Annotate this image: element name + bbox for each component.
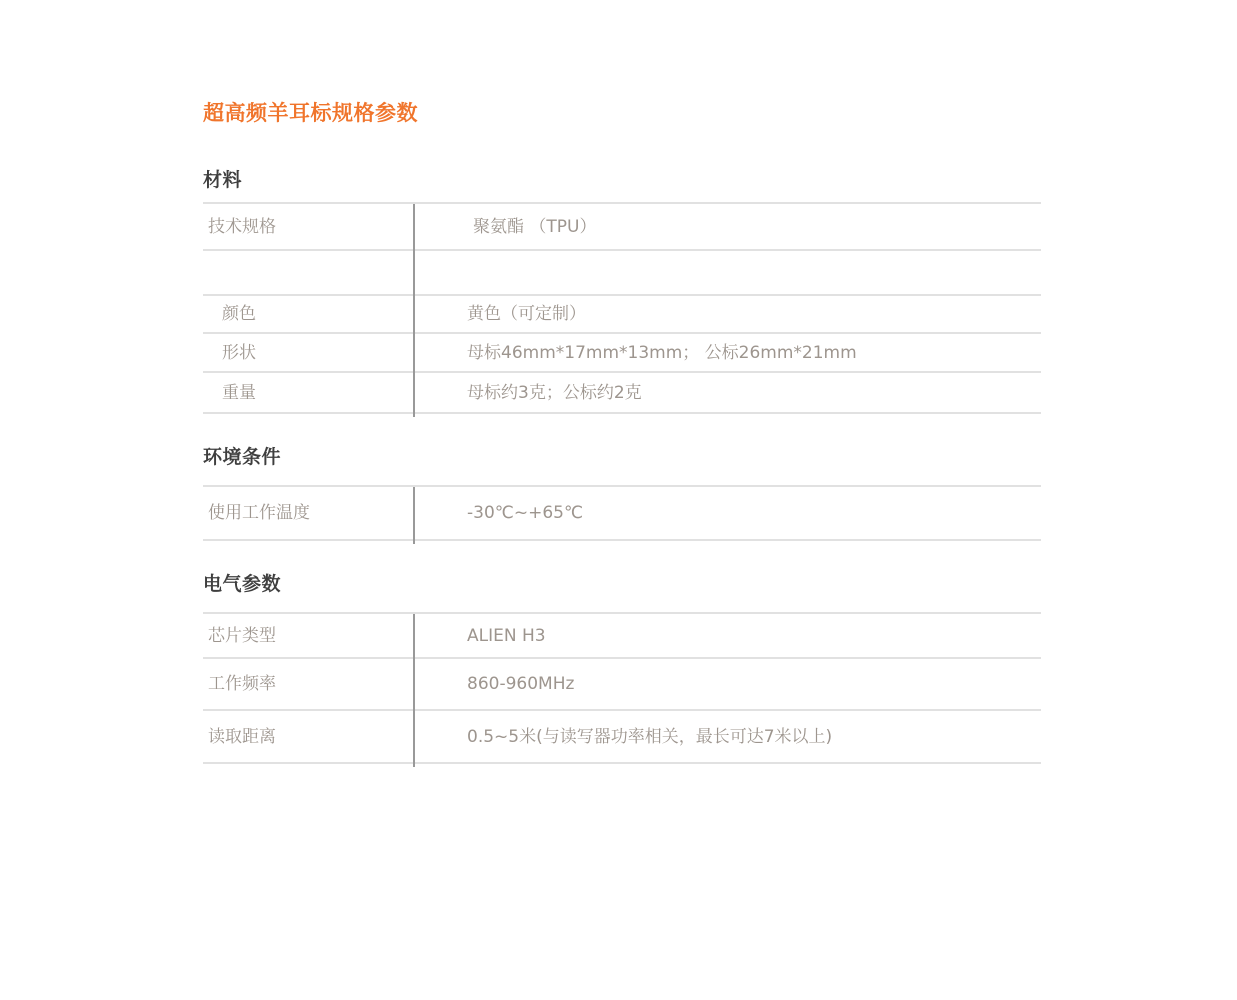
environment-table: 使用工作温度 -30℃~+65℃ — [203, 485, 1041, 541]
spec-content: 超高频羊耳标规格参数 材料 技术规格 聚氨酯 （TPU） 颜色 黄色（可定制） … — [203, 101, 1041, 764]
spec-value: 母标约3克；公标约2克 — [413, 382, 1041, 404]
spec-label: 颜色 — [203, 303, 413, 325]
spec-value: ALIEN H3 — [413, 625, 1041, 647]
page-title: 超高频羊耳标规格参数 — [203, 101, 1041, 125]
spec-label: 技术规格 — [203, 216, 413, 238]
spec-value: 黄色（可定制） — [413, 303, 1041, 325]
table-row: 读取距离 0.5~5米(与读写器功率相关，最长可达7米以上) — [203, 711, 1041, 764]
spec-value: 母标46mm*17mm*13mm； 公标26mm*21mm — [413, 342, 1041, 364]
spec-value: -30℃~+65℃ — [413, 502, 1041, 524]
table-row: 工作频率 860-960MHz — [203, 659, 1041, 711]
section-heading-electrical: 电气参数 — [203, 575, 1041, 594]
table-row: 形状 母标46mm*17mm*13mm； 公标26mm*21mm — [203, 334, 1041, 373]
material-table: 技术规格 聚氨酯 （TPU） 颜色 黄色（可定制） 形状 母标46mm*17mm… — [203, 202, 1041, 414]
spec-value: 860-960MHz — [413, 673, 1041, 695]
table-row: 技术规格 聚氨酯 （TPU） — [203, 204, 1041, 251]
spec-label: 读取距离 — [203, 726, 413, 748]
section-heading-material: 材料 — [203, 171, 1041, 190]
table-row: 颜色 黄色（可定制） — [203, 296, 1041, 334]
table-row: 使用工作温度 -30℃~+65℃ — [203, 487, 1041, 541]
column-divider — [413, 614, 415, 767]
table-row: 芯片类型 ALIEN H3 — [203, 614, 1041, 659]
spec-label: 形状 — [203, 342, 413, 364]
electrical-table: 芯片类型 ALIEN H3 工作频率 860-960MHz 读取距离 0.5~5… — [203, 612, 1041, 764]
spec-label: 工作频率 — [203, 673, 413, 695]
table-row-empty — [203, 251, 1041, 296]
column-divider — [413, 204, 415, 417]
spec-label: 重量 — [203, 382, 413, 404]
column-divider — [413, 487, 415, 544]
section-heading-environment: 环境条件 — [203, 448, 1041, 467]
spec-value: 0.5~5米(与读写器功率相关，最长可达7米以上) — [413, 726, 1041, 748]
spec-label: 芯片类型 — [203, 625, 413, 647]
spec-page: 超高频羊耳标规格参数 材料 技术规格 聚氨酯 （TPU） 颜色 黄色（可定制） … — [0, 0, 1237, 1000]
table-row: 重量 母标约3克；公标约2克 — [203, 373, 1041, 414]
spec-value: 聚氨酯 （TPU） — [413, 216, 1041, 238]
spec-label: 使用工作温度 — [203, 502, 413, 524]
